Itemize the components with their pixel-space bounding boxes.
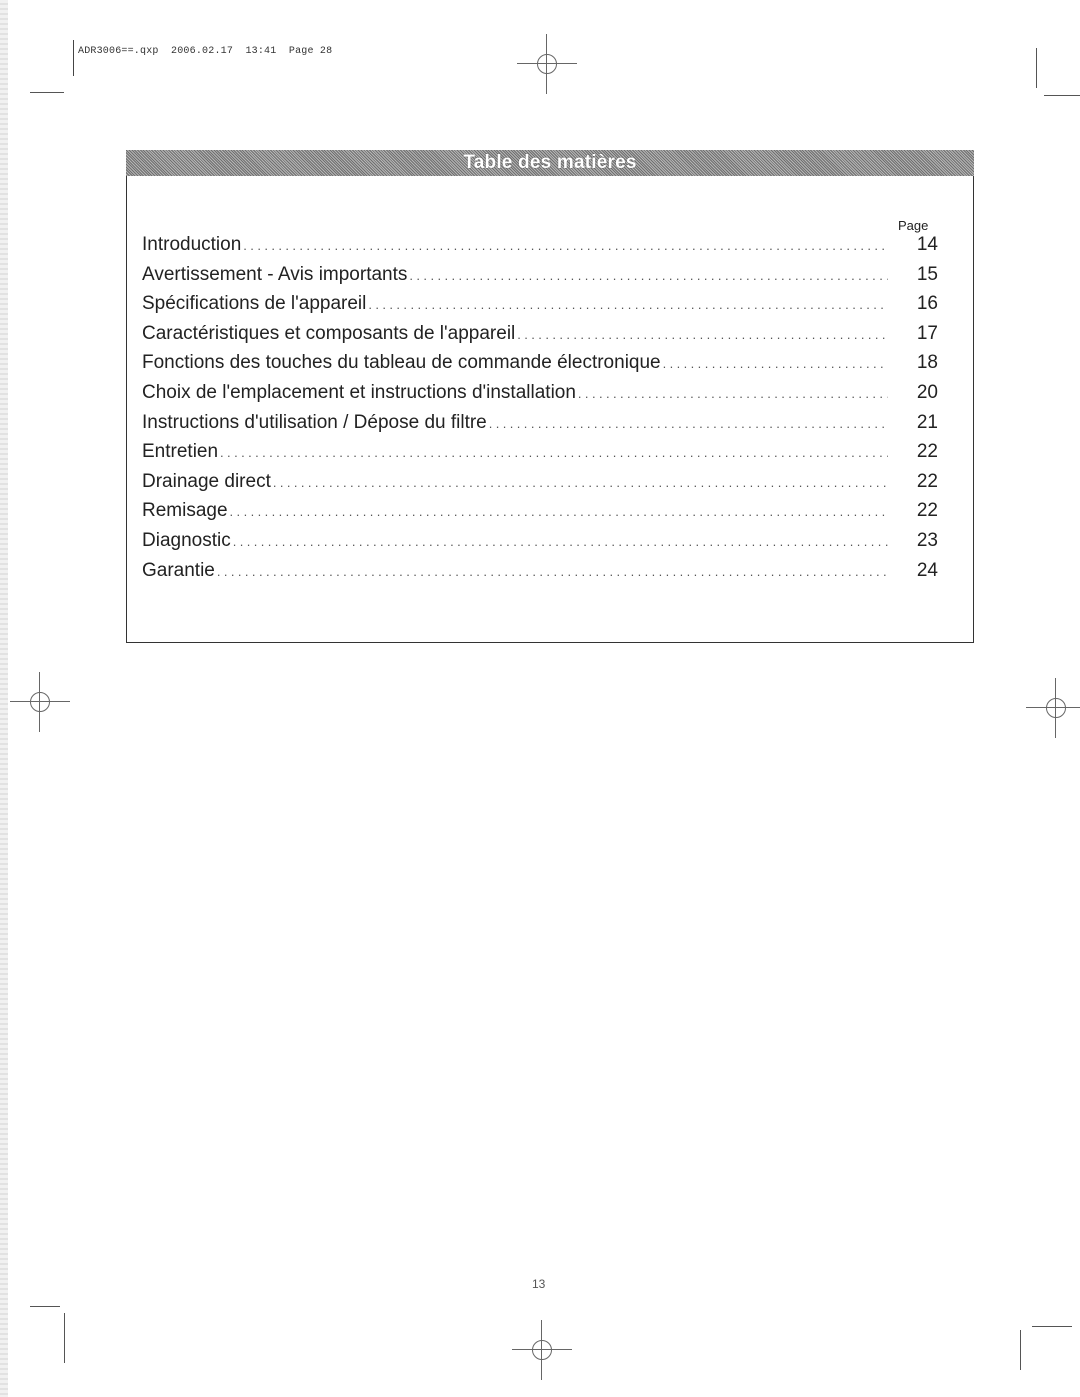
toc-entry[interactable]: Spécifications de l'appareil............… — [142, 293, 938, 323]
toc-leader-dots: ........................................… — [368, 297, 888, 312]
toc-entry-label: Drainage direct — [142, 471, 271, 493]
toc-entry-page: 18 — [892, 352, 938, 374]
toc-entry[interactable]: Drainage direct.........................… — [142, 471, 938, 501]
toc-entry[interactable]: Remisage................................… — [142, 500, 938, 530]
registration-mark-top-icon — [517, 34, 577, 94]
toc-leader-dots: ........................................… — [217, 564, 888, 579]
slug-file: ADR3006==.qxp — [78, 46, 159, 57]
toc-leader-dots: ........................................… — [578, 386, 888, 401]
toc-entry-page: 21 — [892, 412, 938, 434]
print-slug: ADR3006==.qxp 2006.02.17 13:41 Page 28 — [78, 46, 332, 57]
crop-mark-tl — [30, 92, 64, 93]
toc-entry-page: 22 — [892, 471, 938, 493]
toc-entry-label: Fonctions des touches du tableau de comm… — [142, 352, 661, 374]
toc-entry[interactable]: Instructions d'utilisation / Dépose du f… — [142, 412, 938, 442]
toc-entry-label: Avertissement - Avis importants — [142, 264, 407, 286]
toc-entry-page: 20 — [892, 382, 938, 404]
slug-time: 13:41 — [245, 46, 276, 57]
toc-entry-label: Diagnostic — [142, 530, 231, 552]
toc-entry-label: Spécifications de l'appareil — [142, 293, 366, 315]
scan-edge — [0, 0, 8, 1397]
toc-entry[interactable]: Entretien...............................… — [142, 441, 938, 471]
toc-leader-dots: ........................................… — [517, 327, 888, 342]
crop-mark-tr-h — [1044, 95, 1080, 96]
toc-entry[interactable]: Choix de l'emplacement et instructions d… — [142, 382, 938, 412]
crop-mark-tr-v — [1036, 48, 1037, 88]
toc-entry-label: Instructions d'utilisation / Dépose du f… — [142, 412, 487, 434]
registration-mark-right-icon — [1026, 678, 1080, 738]
toc-entry[interactable]: Fonctions des touches du tableau de comm… — [142, 352, 938, 382]
toc-leader-dots: ........................................… — [663, 356, 888, 371]
toc-entry-page: 24 — [892, 560, 938, 582]
toc-entry[interactable]: Diagnostic..............................… — [142, 530, 938, 560]
toc-entry-label: Remisage — [142, 500, 228, 522]
page-column-label: Page — [898, 218, 928, 233]
slug-rule — [73, 40, 74, 76]
toc-entry-label: Caractéristiques et composants de l'appa… — [142, 323, 515, 345]
toc-entry-label: Choix de l'emplacement et instructions d… — [142, 382, 576, 404]
toc-title: Table des matières — [463, 152, 636, 174]
toc-entry-page: 14 — [892, 234, 938, 256]
crop-mark-br-v — [1020, 1330, 1021, 1370]
toc-entry-page: 15 — [892, 264, 938, 286]
registration-mark-left-icon — [10, 672, 70, 732]
toc-list: Introduction............................… — [142, 234, 938, 589]
toc-entry[interactable]: Garantie................................… — [142, 560, 938, 590]
toc-entry-page: 22 — [892, 441, 938, 463]
toc-entry[interactable]: Caractéristiques et composants de l'appa… — [142, 323, 938, 353]
slug-date: 2006.02.17 — [171, 46, 233, 57]
toc-entry-page: 22 — [892, 500, 938, 522]
toc-leader-dots: ........................................… — [233, 534, 888, 549]
page-number: 13 — [532, 1277, 545, 1291]
toc-entry-label: Entretien — [142, 441, 218, 463]
toc-entry-label: Garantie — [142, 560, 215, 582]
toc-leader-dots: ........................................… — [220, 445, 888, 460]
toc-header-bar: Table des matières — [126, 150, 974, 176]
slug-page: Page 28 — [289, 46, 332, 57]
crop-mark-br-h — [1032, 1326, 1072, 1327]
registration-mark-bottom-icon — [512, 1320, 572, 1380]
toc-leader-dots: ........................................… — [243, 238, 888, 253]
toc-entry[interactable]: Avertissement - Avis importants.........… — [142, 264, 938, 294]
toc-entry-label: Introduction — [142, 234, 241, 256]
crop-mark-bl-h — [30, 1306, 60, 1307]
toc-leader-dots: ........................................… — [489, 416, 888, 431]
toc-leader-dots: ........................................… — [409, 268, 888, 283]
toc-leader-dots: ........................................… — [230, 504, 888, 519]
toc-entry-page: 16 — [892, 293, 938, 315]
toc-entry[interactable]: Introduction............................… — [142, 234, 938, 264]
toc-entry-page: 23 — [892, 530, 938, 552]
crop-mark-bl-v — [64, 1313, 65, 1363]
toc-leader-dots: ........................................… — [273, 475, 888, 490]
toc-entry-page: 17 — [892, 323, 938, 345]
